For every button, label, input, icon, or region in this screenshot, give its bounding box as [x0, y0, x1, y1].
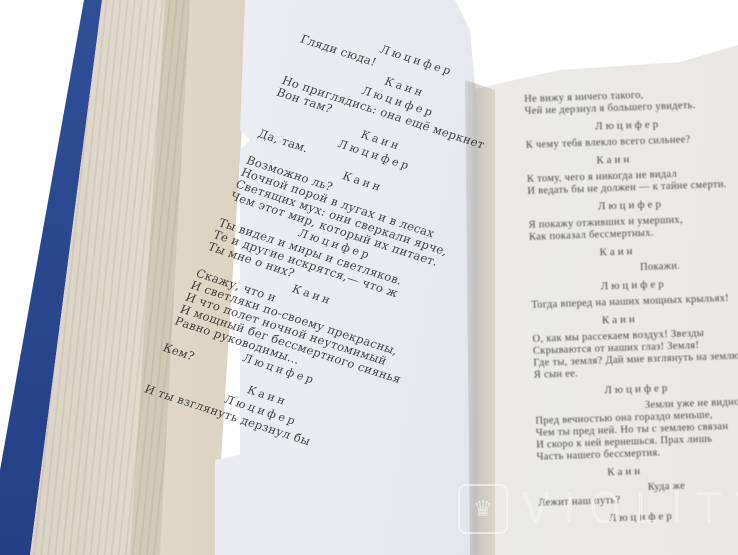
- watermark-text: VIOLITY: [522, 486, 738, 532]
- book-photo: ЛюциферГляди сюда!КаинЛюциферНо пригляди…: [0, 0, 738, 555]
- watermark: ♛ VIOLITY: [458, 484, 738, 534]
- right-page-text: Не вижу я ничего такого,Чей не дерзнул я…: [524, 87, 738, 532]
- crown-icon: ♛: [458, 484, 508, 534]
